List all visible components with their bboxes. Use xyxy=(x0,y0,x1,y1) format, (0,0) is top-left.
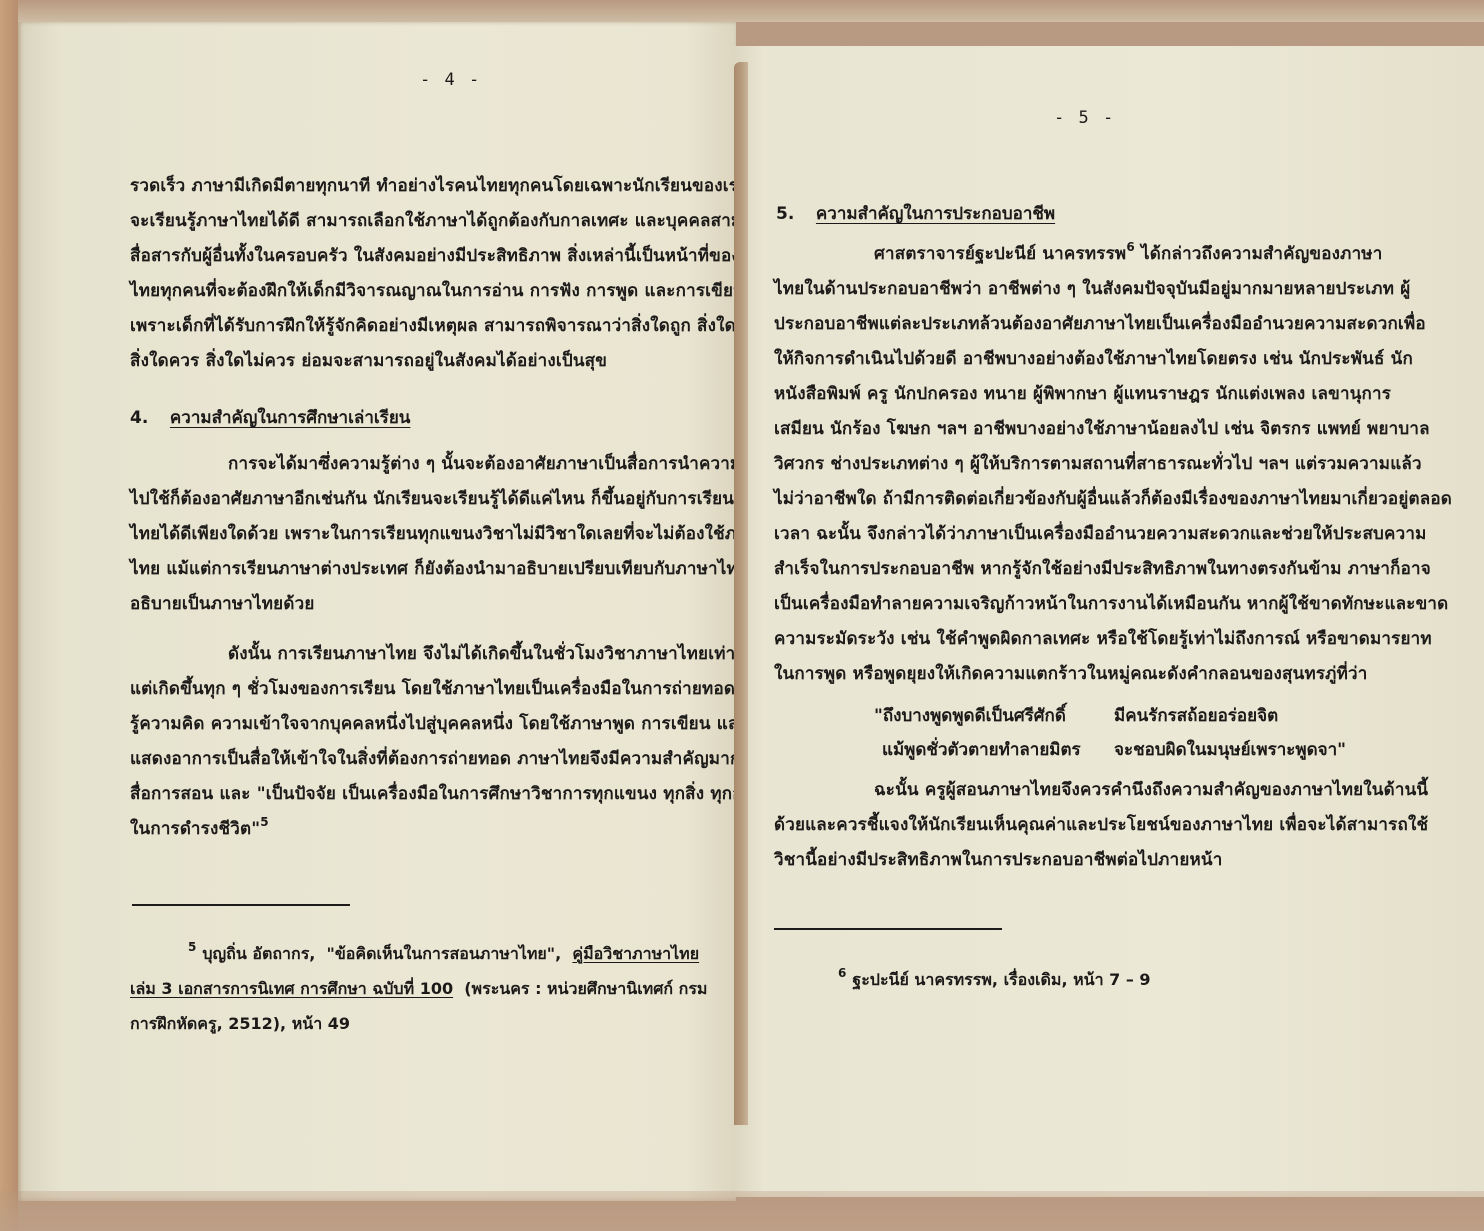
text-line: ไทยได้ดีเพียงใดด้วย เพราะในการเรียนทุกแข… xyxy=(130,520,767,547)
text-line: ในการดำรงชีวิต"5 xyxy=(130,815,269,842)
right-page: - 5 - 5. ความสำคัญในการประกอบอาชีพ ศาสตร… xyxy=(734,46,1484,1197)
text-line: หนังสือพิมพ์ ครู นักปกครอง ทนาย ผู้พิพาก… xyxy=(774,380,1391,407)
section-number: 5. xyxy=(776,204,810,224)
book-spread: - 4 - รวดเร็ว ภาษามีเกิดมีตายทุกนาที ทำอ… xyxy=(0,0,1484,1231)
footnote-article: "ข้อคิดเห็นในการสอนภาษาไทย", xyxy=(327,944,562,963)
footnote-line: เล่ม 3 เอกสารการนิเทศ การศึกษา ฉบับที่ 1… xyxy=(130,977,707,1002)
footnote-ref: 6 xyxy=(1126,240,1135,254)
poem-verse: "ถึงบางพูดพูดดีเป็นศรีศักดิ์ xyxy=(874,702,1066,729)
poem-verse: แม้พูดชั่วตัวตายทำลายมิตร xyxy=(882,736,1081,763)
section-number: 4. xyxy=(130,408,164,428)
text-line: ศาสตราจารย์ฐะปะนีย์ นาครทรรพ6 ได้กล่าวถึ… xyxy=(874,240,1382,267)
left-page: - 4 - รวดเร็ว ภาษามีเกิดมีตายทุกนาที ทำอ… xyxy=(18,22,736,1201)
section-heading: 4. ความสำคัญในการศึกษาเล่าเรียน xyxy=(130,404,410,431)
footnote-number: 5 xyxy=(188,940,196,954)
footnote-book-title: คู่มือวิชาภาษาไทย xyxy=(572,944,699,963)
footnote-divider xyxy=(132,904,350,906)
text-line: ด้วยและควรชี้แจงให้นักเรียนเห็นคุณค่าและ… xyxy=(774,811,1428,838)
text-segment: ศาสตราจารย์ฐะปะนีย์ นาครทรรพ xyxy=(874,244,1126,264)
text-line: ความระมัดระวัง เช่น ใช้คำพูดผิดกาลเทศะ ห… xyxy=(774,625,1432,652)
text-line: สื่อการสอน และ "เป็นปัจจัย เป็นเครื่องมื… xyxy=(130,780,771,807)
text-line: สิ่งใดควร สิ่งใดไม่ควร ย่อมจะสามารถอยู่ใ… xyxy=(130,347,607,374)
footnote-text: ฐะปะนีย์ นาครทรรพ, เรื่องเดิม, หน้า 7 – … xyxy=(852,970,1150,989)
section-heading: 5. ความสำคัญในการประกอบอาชีพ xyxy=(776,200,1055,227)
book-cover-edge xyxy=(0,0,18,1231)
page-number: - 4 - xyxy=(420,70,481,90)
text-line: เวลา ฉะนั้น จึงกล่าวได้ว่าภาษาเป็นเครื่อ… xyxy=(774,520,1427,547)
text-line: ฉะนั้น ครูผู้สอนภาษาไทยจึงควรคำนึงถึงควา… xyxy=(874,776,1428,803)
text-line: เพราะเด็กที่ได้รับการฝึกให้รู้จักคิดอย่า… xyxy=(130,312,757,339)
section-title: ความสำคัญในการประกอบอาชีพ xyxy=(816,204,1055,224)
text-line: รู้ความคิด ความเข้าใจจากบุคคลหนึ่งไปสู่บ… xyxy=(130,710,777,737)
background-bottom xyxy=(0,1191,1484,1231)
text-line: จะเรียนรู้ภาษาไทยได้ดี สามารถเลือกใช้ภาษ… xyxy=(130,207,772,234)
text-line: เสมียน นักร้อง โฆษก ฯลฯ อาชีพบางอย่างใช้… xyxy=(774,415,1430,442)
text-line: ประกอบอาชีพแต่ละประเภทล้วนต้องอาศัยภาษาไ… xyxy=(774,310,1426,337)
text-line: แสดงอาการเป็นสื่อให้เข้าใจในสิ่งที่ต้องก… xyxy=(130,745,801,772)
footnote-ref: 5 xyxy=(260,815,269,829)
text-segment: ในการดำรงชีวิต" xyxy=(130,819,260,839)
text-line: วิชานี้อย่างมีประสิทธิภาพในการประกอบอาชี… xyxy=(774,846,1222,873)
footnote: 6ฐะปะนีย์ นาครทรรพ, เรื่องเดิม, หน้า 7 –… xyxy=(838,966,1151,993)
text-line: เป็นเครื่องมือทำลายความเจริญก้าวหน้าในกา… xyxy=(774,590,1448,617)
text-line: รวดเร็ว ภาษามีเกิดมีตายทุกนาที ทำอย่างไร… xyxy=(130,172,767,199)
text-line: ไปใช้ก็ต้องอาศัยภาษาอีกเช่นกัน นักเรียนจ… xyxy=(130,485,786,512)
footnote-line: การฝึกหัดครู, 2512), หน้า 49 xyxy=(130,1012,350,1037)
text-line: อธิบายเป็นภาษาไทยด้วย xyxy=(130,590,314,617)
text-line: ไทยทุกคนที่จะต้องฝึกให้เด็กมีวิจารณญาณใน… xyxy=(130,277,776,304)
footnote-book-title: เล่ม 3 เอกสารการนิเทศ การศึกษา ฉบับที่ 1… xyxy=(130,979,453,998)
text-line: ในการพูด หรือพูดยุยงให้เกิดความแตกร้าวใน… xyxy=(774,660,1367,687)
footnote-divider xyxy=(774,928,1002,930)
footnote-publisher: (พระนคร : หน่วยศึกษานิเทศก์ กรม xyxy=(464,979,707,998)
text-line: การจะได้มาซึ่งความรู้ต่าง ๆ นั้นจะต้องอา… xyxy=(228,450,751,477)
text-line: ไทยในด้านประกอบอาชีพว่า อาชีพต่าง ๆ ในสั… xyxy=(774,275,1410,302)
text-line: ดังนั้น การเรียนภาษาไทย จึงไม่ได้เกิดขึ้… xyxy=(228,640,759,667)
poem-verse: มีคนรักรสถ้อยอร่อยจิต xyxy=(1114,702,1278,729)
poem-verse: จะชอบผิดในมนุษย์เพราะพูดจา" xyxy=(1114,736,1346,763)
text-segment: ได้กล่าวถึงความสำคัญของภาษา xyxy=(1135,244,1383,264)
text-line: ไทย แม้แต่การเรียนภาษาต่างประเทศ ก็ยังต้… xyxy=(130,555,785,582)
text-line: ไม่ว่าอาชีพใด ถ้ามีการติดต่อเกี่ยวข้องกั… xyxy=(774,485,1452,512)
background-top xyxy=(0,0,1484,22)
footnote-number: 6 xyxy=(838,966,846,980)
footnote-author: บุญถิ่น อัตถากร, xyxy=(202,944,315,963)
section-title: ความสำคัญในการศึกษาเล่าเรียน xyxy=(170,408,410,428)
text-line: ให้กิจการดำเนินไปด้วยดี อาชีพบางอย่างต้อ… xyxy=(774,345,1413,372)
page-number: - 5 - xyxy=(1054,108,1115,128)
text-line: แต่เกิดขึ้นทุก ๆ ชั่วโมงของการเรียน โดยใ… xyxy=(130,675,778,702)
text-line: วิศวกร ช่างประเภทต่าง ๆ ผู้ให้บริการตามส… xyxy=(774,450,1422,477)
book-gutter xyxy=(734,62,748,1125)
text-line: สื่อสารกับผู้อื่นทั้งในครอบครัว ในสังคมอ… xyxy=(130,242,803,269)
footnote-line: 5บุญถิ่น อัตถากร, "ข้อคิดเห็นในการสอนภาษ… xyxy=(188,940,699,967)
text-line: สำเร็จในการประกอบอาชีพ หากรู้จักใช้อย่าง… xyxy=(774,555,1431,582)
